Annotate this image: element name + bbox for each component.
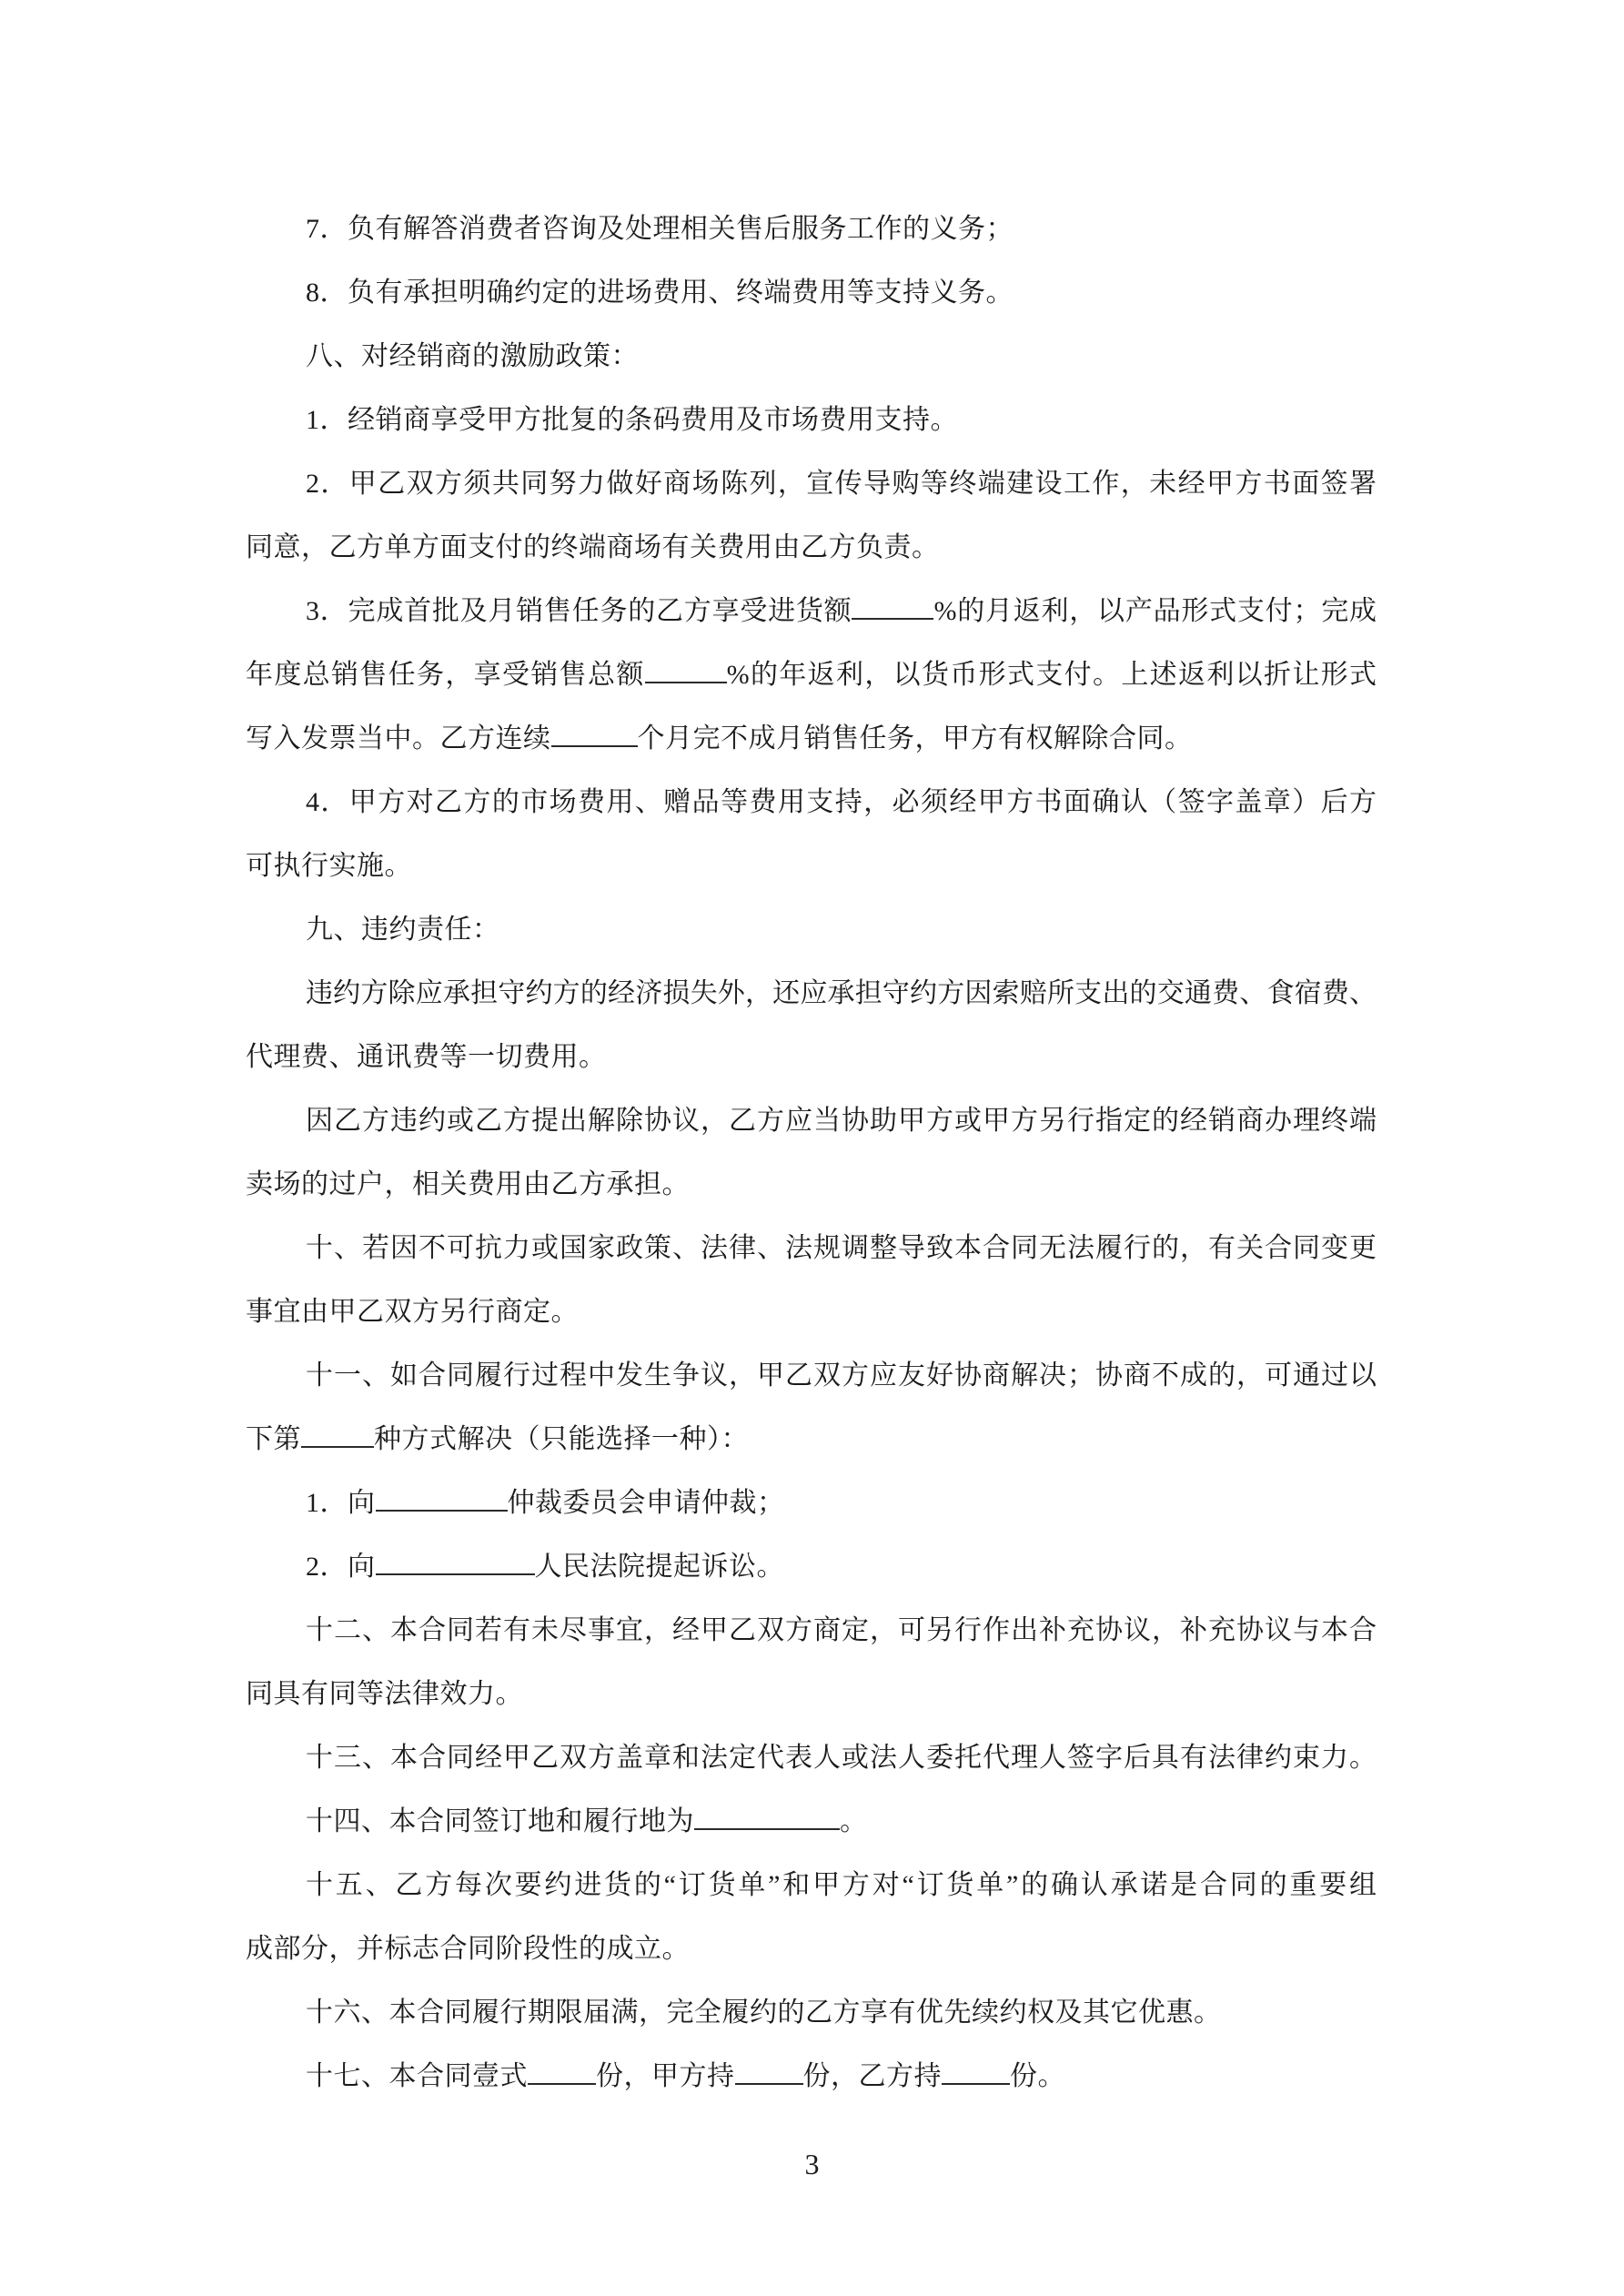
contract-line: 同具有同等法律效力。: [246, 1663, 1377, 1726]
contract-line: 代理费、通讯费等一切费用。: [246, 1026, 1377, 1089]
blank-field: [551, 721, 638, 747]
text-segment: 十、若因不可抗力或国家政策、法律、法规调整导致本合同无法履行的，有关合同变更: [306, 1233, 1377, 1263]
text-segment: 十一、如合同履行过程中发生争议，甲乙双方应友好协商解决；协商不成的，可通过以: [306, 1360, 1377, 1391]
text-segment: 十五、乙方每次要约进货的“订货单”和甲方对“订货单”的确认承诺是合同的重要组: [306, 1870, 1377, 1900]
text-segment: 1．向: [306, 1488, 376, 1518]
text-segment: 可执行实施。: [246, 851, 412, 881]
text-segment: 同具有同等法律效力。: [246, 1679, 523, 1709]
text-segment: 因乙方违约或乙方提出解除协议，乙方应当协助甲方或甲方另行指定的经销商办理终端: [306, 1106, 1377, 1136]
contract-line: 违约方除应承担守约方的经济损失外，还应承担守约方因索赔所支出的交通费、食宿费、: [246, 962, 1377, 1026]
blank-field: [694, 1804, 840, 1830]
blank-field: [645, 657, 727, 683]
contract-line: 十一、如合同履行过程中发生争议，甲乙双方应友好协商解决；协商不成的，可通过以: [246, 1344, 1377, 1408]
contract-line: 十四、本合同签订地和履行地为。: [246, 1790, 1377, 1854]
contract-line: 事宜由甲乙双方另行商定。: [246, 1280, 1377, 1344]
text-segment: 4．甲方对乙方的市场费用、赠品等费用支持，必须经甲方书面确认（签字盖章）后方: [306, 787, 1377, 817]
text-segment: 违约方除应承担守约方的经济损失外，还应承担守约方因索赔所支出的交通费、食宿费、: [306, 978, 1377, 1008]
text-segment: 人民法院提起诉讼。: [535, 1552, 785, 1582]
text-segment: 成部分，并标志合同阶段性的成立。: [246, 1934, 690, 1964]
contract-line: 3．完成首批及月销售任务的乙方享受进货额%的月返利，以产品形式支付；完成: [246, 580, 1377, 643]
contract-line: 九、违约责任：: [246, 898, 1377, 962]
text-segment: %的年返利，以货币形式支付。上述返利以折让形式: [727, 660, 1377, 690]
contract-line: 八、对经销商的激励政策：: [246, 325, 1377, 389]
text-segment: 3．完成首批及月销售任务的乙方享受进货额: [306, 596, 852, 626]
text-segment: 份。: [1010, 2061, 1065, 2091]
text-segment: 年度总销售任务，享受销售总额: [246, 660, 645, 690]
contract-line: 下第种方式解决（只能选择一种）：: [246, 1408, 1377, 1472]
contract-line: 十二、本合同若有未尽事宜，经甲乙双方商定，可另行作出补充协议，补充协议与本合: [246, 1599, 1377, 1663]
blank-field: [942, 2058, 1010, 2085]
contract-line: 成部分，并标志合同阶段性的成立。: [246, 1917, 1377, 1981]
text-segment: 十七、本合同壹式: [306, 2061, 528, 2091]
blank-field: [376, 1485, 508, 1512]
text-segment: 事宜由甲乙双方另行商定。: [246, 1297, 579, 1327]
contract-body: 7．负有解答消费者咨询及处理相关售后服务工作的义务；8．负有承担明确约定的进场费…: [246, 197, 1377, 2109]
contract-line: 十六、本合同履行期限届满，完全履约的乙方享有优先续约权及其它优惠。: [246, 1981, 1377, 2045]
contract-line: 因乙方违约或乙方提出解除协议，乙方应当协助甲方或甲方另行指定的经销商办理终端: [246, 1089, 1377, 1153]
text-segment: %的月返利，以产品形式支付；完成: [933, 596, 1377, 626]
text-segment: 7．负有解答消费者咨询及处理相关售后服务工作的义务；: [306, 214, 1014, 244]
blank-field: [376, 1549, 535, 1575]
contract-line: 年度总销售任务，享受销售总额%的年返利，以货币形式支付。上述返利以折让形式: [246, 643, 1377, 707]
text-segment: 写入发票当中。乙方连续: [246, 723, 551, 754]
contract-line: 2．向人民法院提起诉讼。: [246, 1535, 1377, 1599]
text-segment: 仲裁委员会申请仲裁；: [508, 1488, 785, 1518]
contract-line: 十五、乙方每次要约进货的“订货单”和甲方对“订货单”的确认承诺是合同的重要组: [246, 1854, 1377, 1917]
contract-line: 2．甲乙双方须共同努力做好商场陈列，宣传导购等终端建设工作，未经甲方书面签署: [246, 452, 1377, 516]
contract-line: 4．甲方对乙方的市场费用、赠品等费用支持，必须经甲方书面确认（签字盖章）后方: [246, 771, 1377, 834]
blank-field: [735, 2058, 803, 2085]
text-segment: 种方式解决（只能选择一种）：: [374, 1424, 749, 1454]
text-segment: 代理费、通讯费等一切费用。: [246, 1042, 607, 1072]
text-segment: 个月完不成月销售任务，甲方有权解除合同。: [638, 723, 1193, 754]
contract-line: 同意，乙方单方面支付的终端商场有关费用由乙方负责。: [246, 516, 1377, 580]
text-segment: 下第: [246, 1424, 301, 1454]
text-segment: 九、违约责任：: [306, 915, 500, 945]
text-segment: 卖场的过户，相关费用由乙方承担。: [246, 1169, 690, 1199]
document-page: 7．负有解答消费者咨询及处理相关售后服务工作的义务；8．负有承担明确约定的进场费…: [0, 0, 1624, 2296]
contract-line: 十三、本合同经甲乙双方盖章和法定代表人或法人委托代理人签字后具有法律约束力。: [246, 1726, 1377, 1790]
text-segment: 八、对经销商的激励政策：: [306, 341, 639, 371]
text-segment: 十三、本合同经甲乙双方盖章和法定代表人或法人委托代理人签字后具有法律约束力。: [306, 1743, 1377, 1773]
contract-line: 7．负有解答消费者咨询及处理相关售后服务工作的义务；: [246, 197, 1377, 261]
text-segment: 同意，乙方单方面支付的终端商场有关费用由乙方负责。: [246, 532, 940, 562]
text-segment: 十四、本合同签订地和履行地为: [306, 1806, 694, 1836]
text-segment: 8．负有承担明确约定的进场费用、终端费用等支持义务。: [306, 278, 1014, 308]
contract-line: 1．经销商享受甲方批复的条码费用及市场费用支持。: [246, 389, 1377, 452]
blank-field: [528, 2058, 596, 2085]
contract-line: 可执行实施。: [246, 834, 1377, 898]
contract-line: 十、若因不可抗力或国家政策、法律、法规调整导致本合同无法履行的，有关合同变更: [246, 1217, 1377, 1280]
text-segment: 十六、本合同履行期限届满，完全履约的乙方享有优先续约权及其它优惠。: [306, 1998, 1222, 2028]
page-number: 3: [0, 2146, 1624, 2182]
text-segment: 十二、本合同若有未尽事宜，经甲乙双方商定，可另行作出补充协议，补充协议与本合: [306, 1615, 1377, 1645]
contract-line: 写入发票当中。乙方连续个月完不成月销售任务，甲方有权解除合同。: [246, 707, 1377, 771]
text-segment: 。: [840, 1806, 868, 1836]
text-segment: 份，乙方持: [803, 2061, 943, 2091]
contract-line: 十七、本合同壹式份，甲方持份，乙方持份。: [246, 2045, 1377, 2109]
text-segment: 1．经销商享受甲方批复的条码费用及市场费用支持。: [306, 405, 958, 435]
blank-field: [301, 1421, 374, 1448]
text-segment: 2．甲乙双方须共同努力做好商场陈列，宣传导购等终端建设工作，未经甲方书面签署: [306, 469, 1377, 499]
contract-line: 1．向仲裁委员会申请仲裁；: [246, 1472, 1377, 1535]
contract-line: 8．负有承担明确约定的进场费用、终端费用等支持义务。: [246, 261, 1377, 325]
text-segment: 2．向: [306, 1552, 376, 1582]
blank-field: [852, 593, 933, 620]
contract-line: 卖场的过户，相关费用由乙方承担。: [246, 1153, 1377, 1217]
text-segment: 份，甲方持: [596, 2061, 735, 2091]
